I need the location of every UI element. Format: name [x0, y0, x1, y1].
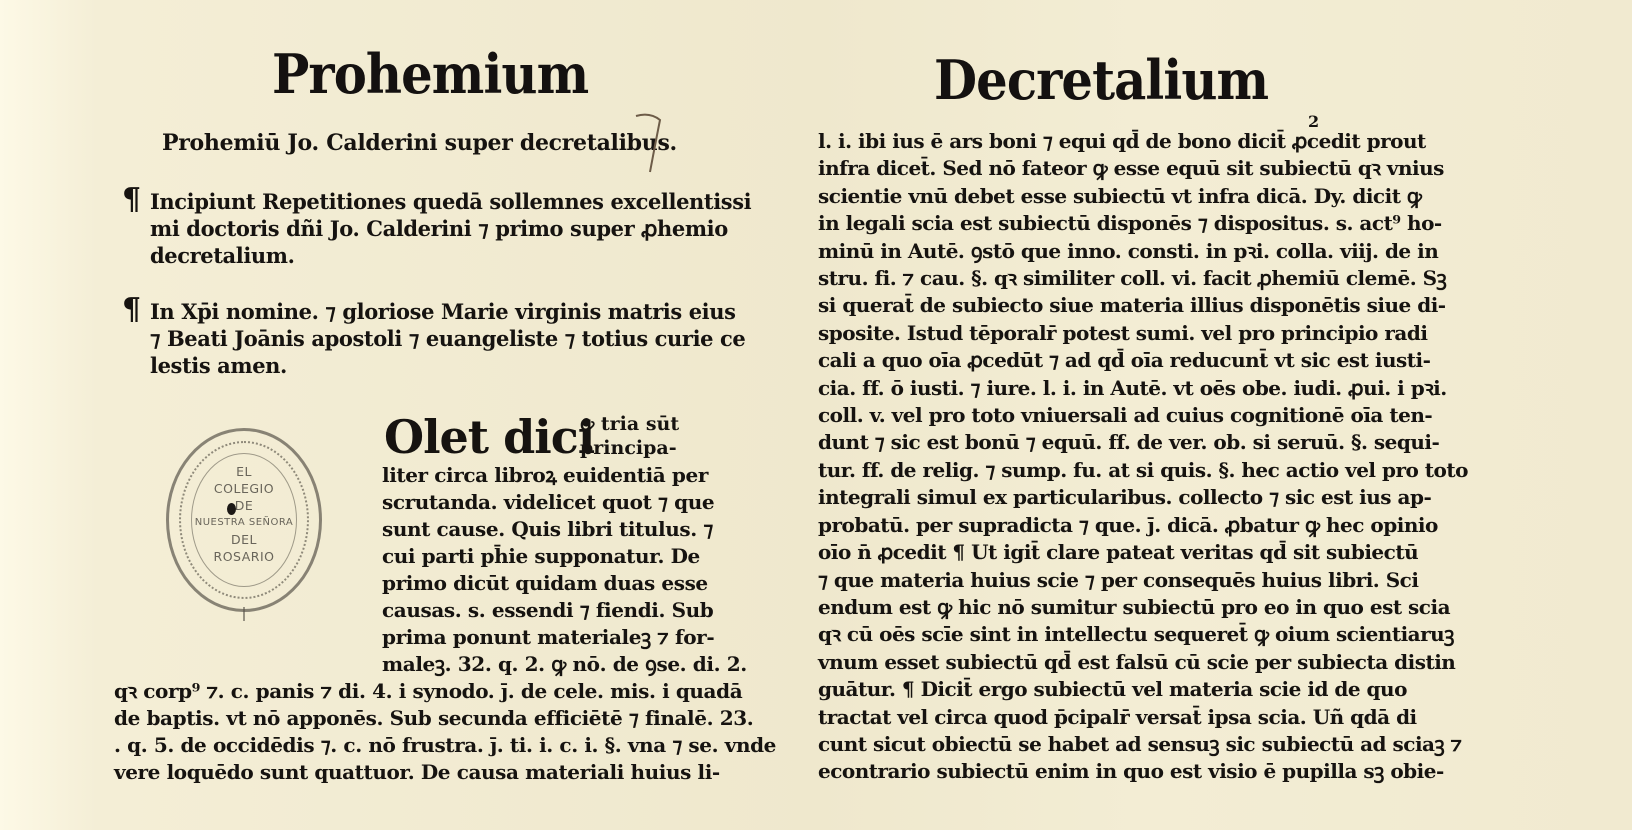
text-line: econtrario subiectū enim in quo est visi… [818, 758, 1468, 785]
text-line: decretalium. [150, 242, 751, 269]
narrow-text-column: liter circa libroꝝ euidentiā per scrutan… [382, 462, 747, 678]
text-line: cia. ff. ō iusti. ⁊ iure. l. i. in Autē.… [818, 375, 1468, 402]
paragraph-incipit: ¶ Incipiunt Repetitiones quedā sollemnes… [150, 188, 751, 269]
text-line: endum est ꝙ hic nō sumitur subiectū pro … [818, 594, 1468, 621]
text-line: vere loquēdo sunt quattuor. De causa mat… [114, 759, 776, 786]
running-head-left: Prohemium [272, 42, 588, 106]
text-line: cali a quo oīa ꝓcedūt ⁊ ad qd̄ oīa reduc… [818, 347, 1468, 374]
text-line: maleꝫ. 32. q. 2. ꝙ nō. de ꝯse. di. 2. [382, 651, 747, 678]
text-line: integrali simul ex particularibus. colle… [818, 484, 1468, 511]
text-line: guātur. ¶ Dicit̄ ergo subiectū vel mater… [818, 676, 1468, 703]
running-head-right: Decretalium [934, 48, 1268, 112]
text-line: minū in Autē. ꝯstō que inno. consti. in … [818, 238, 1468, 265]
title-line: Prohemiū Jo. Calderini super decretalibu… [162, 130, 677, 156]
library-stamp: EL COLEGIO DE NUESTRA SEÑORA DEL ROSARIO [166, 428, 322, 612]
text-line: lestis amen. [150, 352, 745, 379]
ink-blot [227, 503, 236, 515]
text-line: dunt ⁊ sic est bonū ⁊ equū. ff. de ver. … [818, 429, 1468, 456]
initial-heading: Olet dici ꝙ tria sūt principa- [384, 410, 594, 464]
text-line: vnum esset subiectū qd̄ est falsū cū sci… [818, 649, 1468, 676]
text-line: cui parti ph̄ie supponatur. De [382, 543, 747, 570]
text-line: l. i. ibi ius ē ars boni ⁊ equi qd̄ de b… [818, 128, 1468, 155]
text-line: si querat̄ de subiecto siue materia illi… [818, 292, 1468, 319]
text-line: oīo n̄ ꝓcedit ¶ Ut igit̄ clare pateat ve… [818, 539, 1468, 566]
text-line: de baptis. vt nō apponēs. Sub secunda ef… [114, 705, 776, 732]
text-line: mi doctoris dñi Jo. Calderini ⁊ primo su… [150, 215, 751, 242]
text-line: ⁊ Beati Joānis apostoli ⁊ euangeliste ⁊ … [150, 325, 745, 352]
text-line: liter circa libroꝝ euidentiā per [382, 462, 747, 489]
right-page: Decretalium 2 l. i. ibi ius ē ars boni ⁊… [816, 0, 1632, 830]
pilcrow-icon: ¶ [122, 186, 141, 213]
text-line: causas. s. essendi ⁊ fiendi. Sub [382, 597, 747, 624]
stamp-text: EL COLEGIO DE NUESTRA SEÑORA DEL ROSARIO [169, 463, 319, 565]
text-line: qꝛ corp⁹ ⁊. c. panis ⁊ di. 4. i synodo. … [114, 678, 776, 705]
text-line: coll. v. vel pro toto vniuersali ad cuiu… [818, 402, 1468, 429]
text-line: prima ponunt materialeꝫ ⁊ for- [382, 624, 747, 651]
text-line: tractat vel circa quod p̄cipalr̄ versat̄… [818, 704, 1468, 731]
text-line: stru. fi. ⁊ cau. §. qꝛ similiter coll. v… [818, 265, 1468, 292]
text-line: cunt sicut obiectū se habet ad sensuꝫ si… [818, 731, 1468, 758]
text-line: In Xp̄i nomine. ⁊ gloriose Marie virgini… [150, 298, 745, 325]
initial-side-text: ꝙ tria sūt principa- [580, 412, 679, 460]
decorated-initial-word: Olet dici [384, 410, 594, 464]
text-line: tur. ff. de relig. ⁊ sump. fu. at si qui… [818, 457, 1468, 484]
text-line: primo dicūt quidam duas esse [382, 570, 747, 597]
text-line: in legali scia est subiectū disponēs ⁊ d… [818, 210, 1468, 237]
wide-text-column: qꝛ corp⁹ ⁊. c. panis ⁊ di. 4. i synodo. … [114, 678, 776, 786]
text-line: scrutanda. videlicet quot ⁊ que [382, 489, 747, 516]
text-line: probatū. per supradicta ⁊ que. ȷ̄. dicā.… [818, 512, 1468, 539]
text-line: . q. 5. de occidēdis ⁊. c. nō frustra. ȷ… [114, 732, 776, 759]
text-line: infra dicet̄. Sed nō fateor ꝙ esse equū … [818, 155, 1468, 182]
text-line: Incipiunt Repetitiones quedā sollemnes e… [150, 188, 751, 215]
text-line: qꝛ cū oēs scīe sint in intellectu sequer… [818, 621, 1468, 648]
stamp-rosary-pendant [243, 607, 245, 621]
text-line: ⁊ que materia huius scie ⁊ per consequēs… [818, 567, 1468, 594]
pencil-annotation-mark [630, 110, 670, 180]
pilcrow-icon: ¶ [122, 296, 141, 323]
text-line: sposite. Istud tēporalr̄ potest sumi. ve… [818, 320, 1468, 347]
text-line: scientie vnū debet esse subiectū vt infr… [818, 183, 1468, 210]
text-line: sunt cause. Quis libri titulus. ⁊ [382, 516, 747, 543]
left-page: Prohemium Prohemiū Jo. Calderini super d… [0, 0, 816, 830]
paragraph-invocation: ¶ In Xp̄i nomine. ⁊ gloriose Marie virgi… [150, 298, 745, 379]
